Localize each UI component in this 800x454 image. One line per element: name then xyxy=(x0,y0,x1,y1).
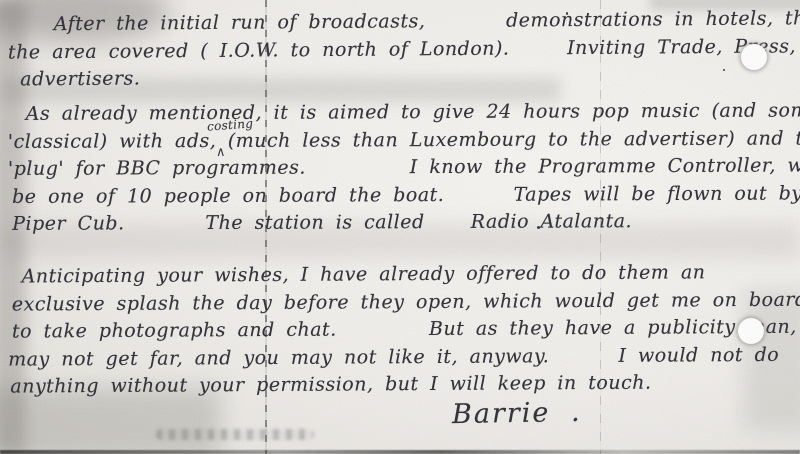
scanned-handwritten-letter: After the initial run of broadcasts, dem… xyxy=(0,0,800,454)
hole-punch-top xyxy=(741,44,767,70)
paragraph-1: After the initial run of broadcasts, dem… xyxy=(8,5,800,94)
paragraph-2: As already mentioned, it is aimed to giv… xyxy=(8,97,800,238)
hole-punch-bottom xyxy=(738,318,764,344)
handwritten-line: 'classical) with ads, (much less than Lu… xyxy=(8,125,800,156)
ink-speck xyxy=(537,226,540,229)
handwritten-line: may not get far, and you may not like it… xyxy=(8,341,800,374)
handwritten-line: 'plug' for BBC programmes. I know the Pr… xyxy=(8,152,800,183)
insertion-caret-icon: ∧ xyxy=(216,145,226,160)
handwritten-line: to take photographs and chat. But as the… xyxy=(8,313,800,346)
handwritten-line: As already mentioned, it is aimed to giv… xyxy=(8,97,800,128)
handwritten-line: anything without your permission, but I … xyxy=(8,368,800,401)
handwritten-line: be one of 10 people on board the boat. T… xyxy=(8,180,800,211)
ink-speck xyxy=(723,69,725,71)
bleedthrough-smudge xyxy=(156,429,314,440)
signature: Barrie . xyxy=(452,397,582,430)
handwritten-line: Anticipating your wishes, I have already… xyxy=(8,258,800,291)
handwritten-line: advertisers. xyxy=(8,60,800,94)
handwritten-line: Piper Cub. The station is called Radio A… xyxy=(8,207,800,238)
ink-speck xyxy=(566,12,568,15)
scan-edge-bottom xyxy=(0,450,800,454)
paragraph-3: Anticipating your wishes, I have already… xyxy=(8,258,800,401)
